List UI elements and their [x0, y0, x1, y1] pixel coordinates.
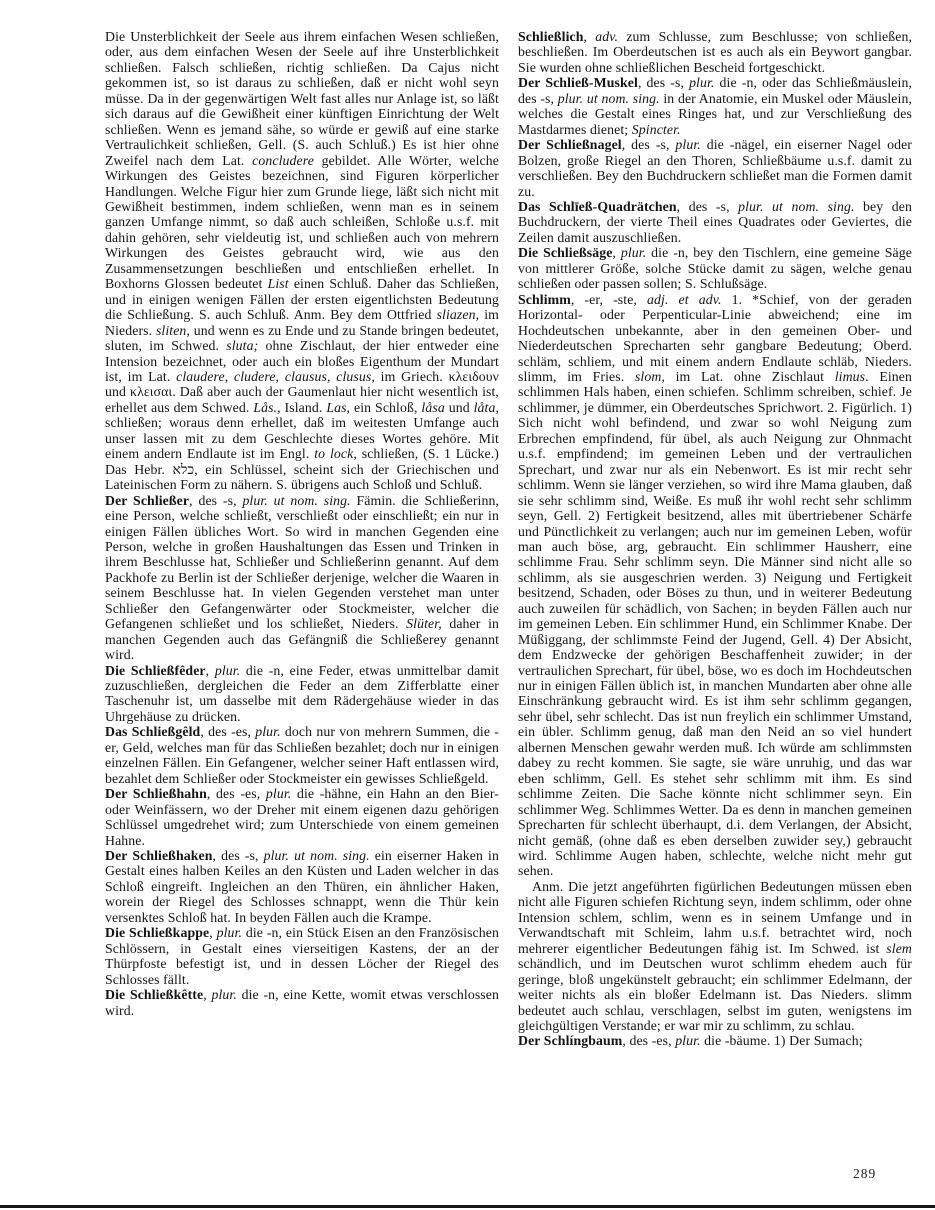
entry-text: Las, — [326, 400, 350, 415]
bottom-rule — [0, 1205, 935, 1208]
entry-schliesshahn: Der Schließhahn, des -es, plur. die -häh… — [105, 786, 499, 848]
entry-schliesskette: Die Schließkêtte, plur. die -n, eine Ket… — [105, 987, 499, 1018]
entry-text: , des -s, — [213, 848, 264, 863]
entry-text: Anm. Die jetzt angeführten figürlichen B… — [518, 879, 912, 956]
entry-text: , — [209, 925, 216, 940]
entry-text: ein Schloß, — [350, 400, 421, 415]
headword: Das Schließgêld — [105, 724, 200, 739]
entry-text: und — [445, 400, 474, 415]
entry-text: plur. — [217, 925, 242, 940]
entry-text: schändlich, und im Deutschen wurot schli… — [518, 956, 912, 1033]
left-column: Die Unsterblichkeit der Seele aus ihrem … — [105, 29, 499, 1018]
headword: Der Schließhahn — [105, 786, 207, 801]
headword: Schlimm — [518, 292, 571, 307]
entry-text: List — [268, 276, 289, 291]
entry-text: plur. — [621, 245, 646, 260]
entry-schlimm-anmerkung: Anm. Die jetzt angeführten figürlichen B… — [518, 879, 912, 1034]
headword: Die Schließsäge — [518, 245, 612, 260]
page-number: 289 — [853, 1166, 876, 1182]
entry-text: , des -s, — [622, 137, 676, 152]
entry-text: Slüter, — [406, 616, 442, 631]
entry-text: concludere — [252, 153, 314, 168]
headword: Der Schließer — [105, 493, 189, 508]
headword: Die Schließfêder — [105, 663, 206, 678]
entry-text: Spincter. — [632, 122, 681, 137]
entry-schliessen-continuation: Die Unsterblichkeit der Seele aus ihrem … — [105, 29, 499, 493]
entry-text: claudere, cludere, clausus, clusus, — [176, 369, 375, 384]
entry-text: limus — [835, 369, 865, 384]
entry-text: adj. et adv. — [647, 292, 722, 307]
entry-schlimm: Schlimm, -er, -ste, adj. et adv. 1. *Sch… — [518, 292, 912, 879]
entry-text: , — [584, 29, 596, 44]
dictionary-page: Die Unsterblichkeit der Seele aus ihrem … — [0, 0, 935, 1210]
headword: Der Schließnagel — [518, 137, 622, 152]
entry-text: . Einen schlimmen Hals haben, einen schi… — [518, 369, 912, 879]
entry-text: gebildet. Alle Wörter, welche Wirkungen … — [105, 153, 499, 292]
entry-text: sliten, — [156, 323, 190, 338]
entry-text: plur. — [675, 137, 700, 152]
entry-schliesshaken: Der Schließhaken, des -s, plur. ut nom. … — [105, 848, 499, 925]
entry-text: , des -es, — [200, 724, 255, 739]
right-column: Schließlich, adv. zum Schlusse, zum Besc… — [518, 29, 912, 1049]
entry-text: plur. — [689, 75, 714, 90]
entry-schliessfeder: Die Schließfêder, plur. die -n, eine Fed… — [105, 663, 499, 725]
entry-text: im Lat. ohne Zischlaut — [665, 369, 835, 384]
entry-text: , — [206, 663, 215, 678]
entry-text: , des -s, — [189, 493, 242, 508]
entry-schliessgeld: Das Schließgêld, des -es, plur. doch nur… — [105, 724, 499, 786]
headword: Schließlich — [518, 29, 584, 44]
entry-schliesser: Der Schließer, des -s, plur. ut nom. sin… — [105, 493, 499, 663]
headword: Der Schließhaken — [105, 848, 213, 863]
entry-text: slom, — [635, 369, 665, 384]
entry-text: Die Unsterblichkeit der Seele aus ihrem … — [105, 29, 499, 168]
entry-text: slem — [886, 941, 912, 956]
headword: Der Schließ-Muskel — [518, 75, 638, 90]
entry-schliesssaege: Die Schließsäge, plur. die -n, bey den T… — [518, 245, 912, 291]
entry-text: , — [612, 245, 620, 260]
entry-schliesslich: Schließlich, adv. zum Schlusse, zum Besc… — [518, 29, 912, 75]
entry-schliessnagel: Der Schließnagel, des -s, plur. die -näg… — [518, 137, 912, 199]
entry-text: plur. ut nom. sing. — [264, 848, 370, 863]
entry-text: Lås., — [253, 400, 280, 415]
entry-text: , des -s, — [638, 75, 689, 90]
entry-text: , des -es, — [207, 786, 266, 801]
entry-text: to lock, — [314, 446, 357, 461]
entry-text: , des -s, — [677, 199, 738, 214]
entry-text: sliazen, — [437, 307, 480, 322]
entry-text: Fämin. die Schließerinn, eine Person, we… — [105, 493, 499, 632]
entry-text: plur. — [266, 786, 291, 801]
headword: Der Schlíngbaum — [518, 1033, 622, 1048]
entry-text: plur. — [675, 1033, 700, 1048]
entry-text: , des -es, — [622, 1033, 675, 1048]
entry-text: adv. — [595, 29, 618, 44]
entry-text: plur. — [215, 663, 240, 678]
entry-text: plur. ut nom. sing. — [738, 199, 854, 214]
headword: Die Schließkêtte — [105, 987, 203, 1002]
entry-text: sluta; — [226, 338, 258, 353]
entry-text: die -bäume. 1) Der Sumach; — [701, 1033, 863, 1048]
entry-text: plur. — [255, 724, 280, 739]
entry-text: plur. — [211, 987, 236, 1002]
entry-text: plur. ut nom. sing. — [242, 493, 350, 508]
headword: Die Schließkappe — [105, 925, 209, 940]
entry-text: Island. — [281, 400, 327, 415]
headword: Das Schlīeß-Quadrätchen — [518, 199, 677, 214]
entry-schliess-quadraetchen: Das Schlīeß-Quadrätchen, des -s, plur. u… — [518, 199, 912, 245]
entry-schlingbaum: Der Schlíngbaum, des -es, plur. die -bäu… — [518, 1033, 912, 1048]
entry-schliesskappe: Die Schließkappe, plur. die -n, ein Stüc… — [105, 925, 499, 987]
entry-text: , -er, -ste, — [571, 292, 647, 307]
entry-text: plur. ut nom. sing. — [558, 91, 660, 106]
entry-schliess-muskel: Der Schließ-Muskel, des -s, plur. die -n… — [518, 75, 912, 137]
entry-text: låta, — [474, 400, 499, 415]
entry-text: låsa — [421, 400, 444, 415]
